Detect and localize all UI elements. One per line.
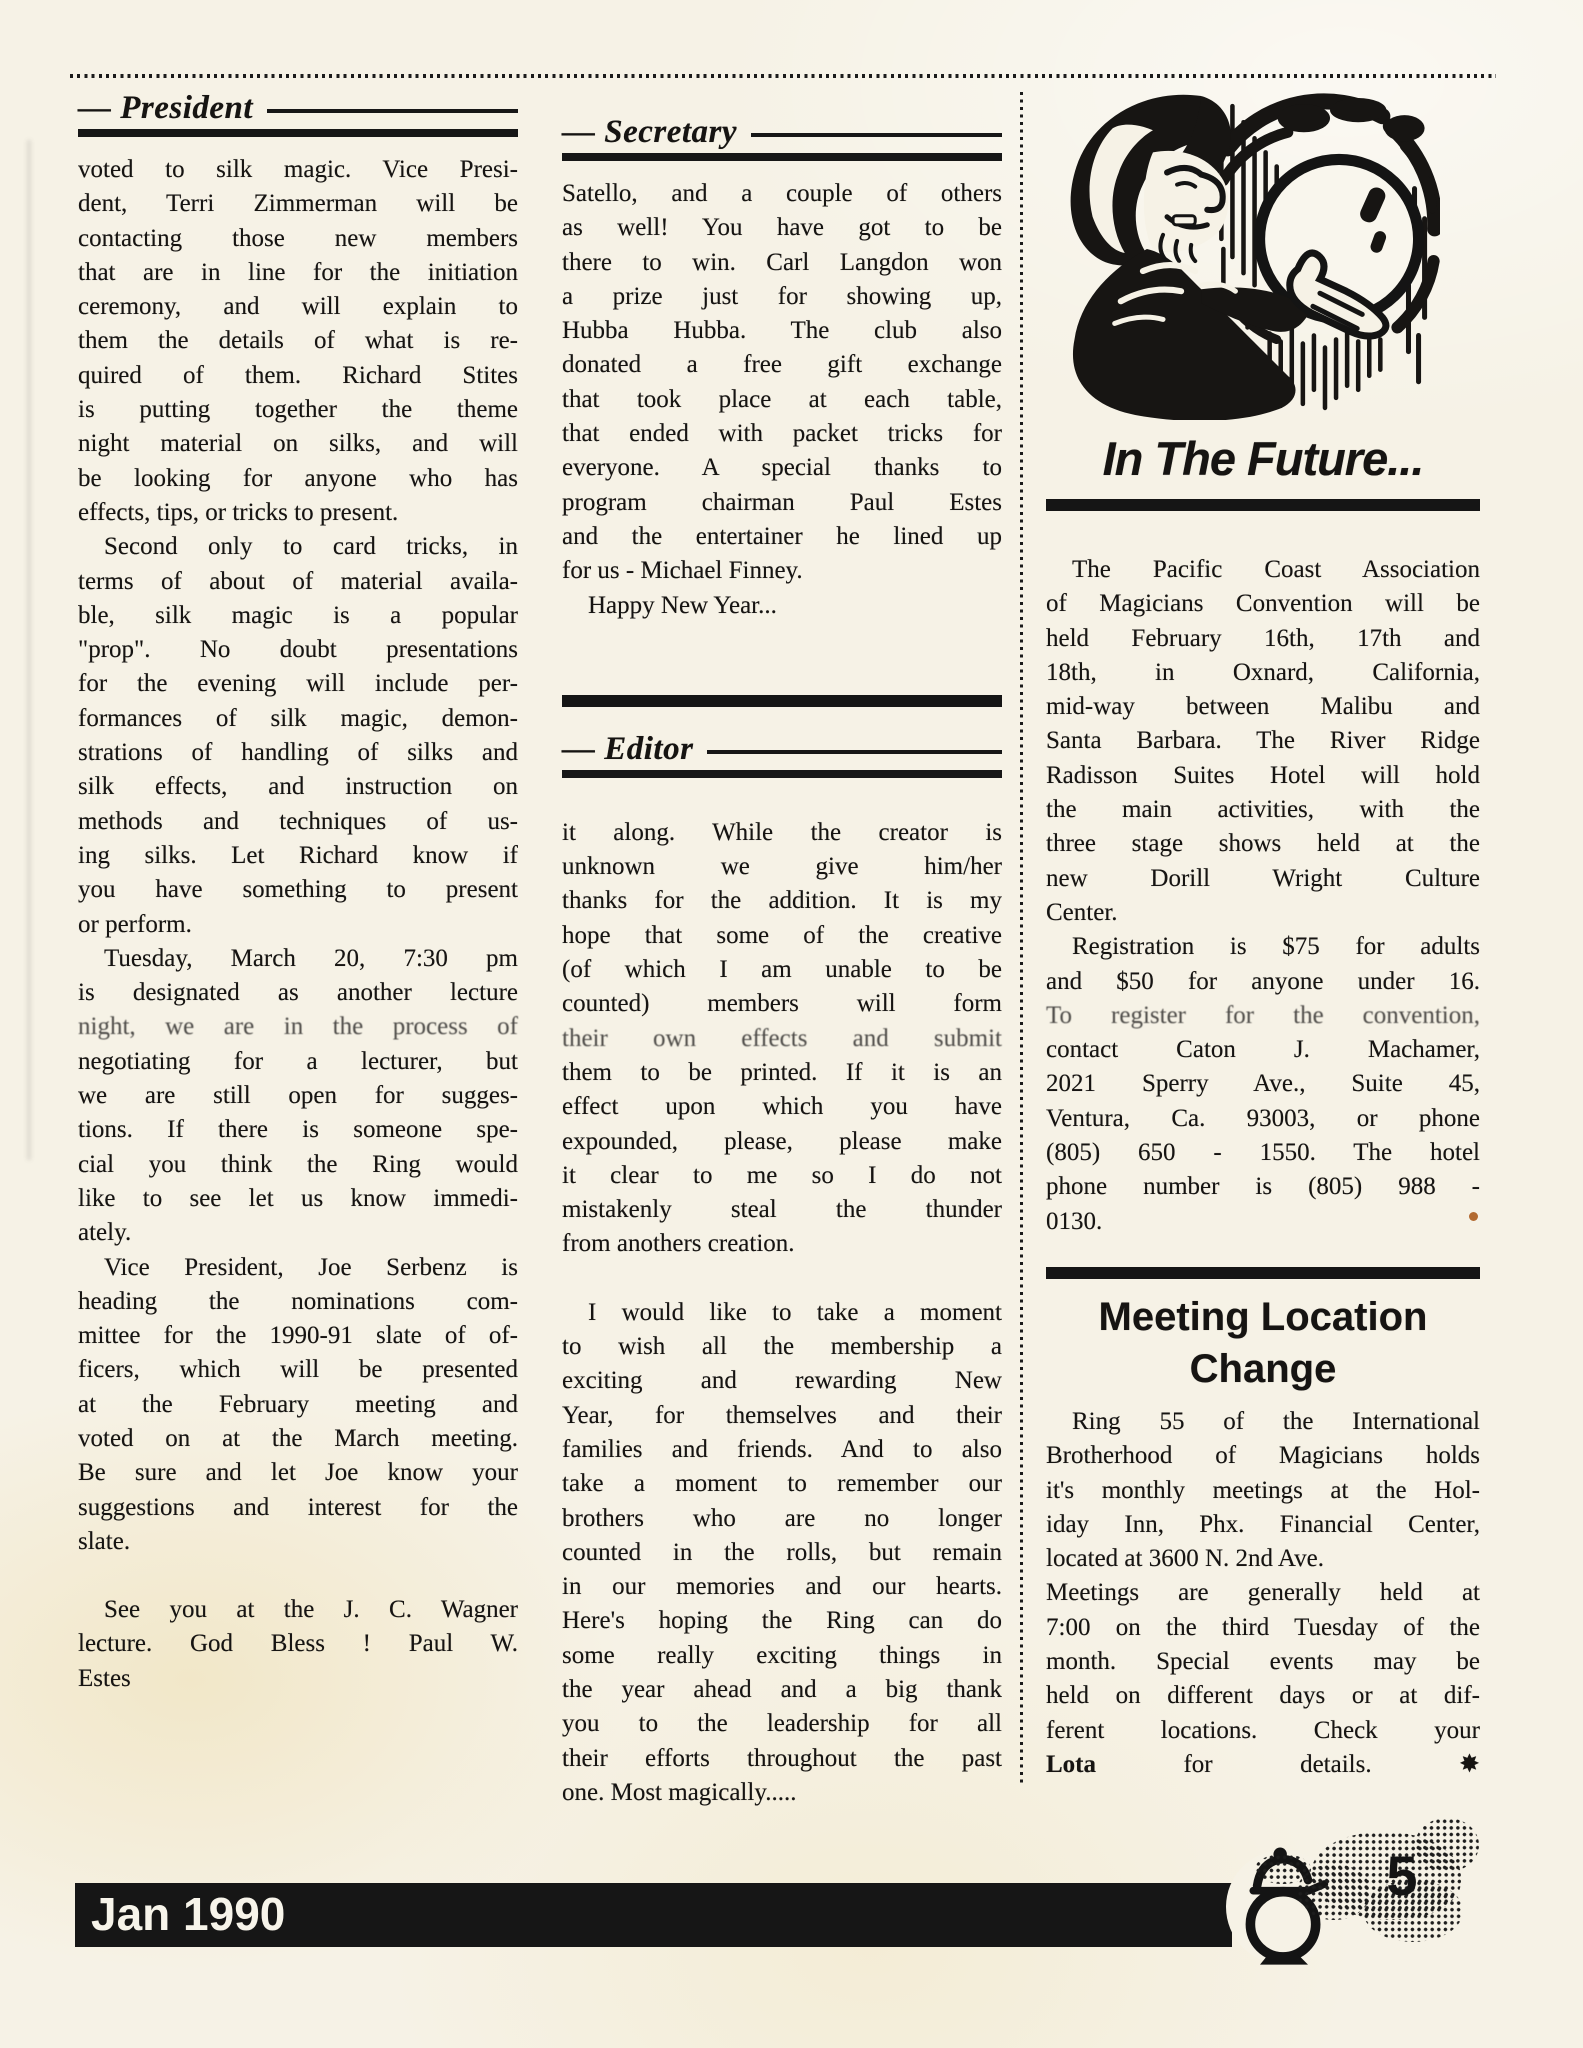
text-line: Ring 55 of the International — [1046, 1405, 1480, 1439]
text-line: of Magicians Convention will be — [1046, 587, 1480, 621]
text-line: mistakenly steal the thunder — [562, 1193, 1002, 1227]
text-line: (805) 650 - 1550. The hotel — [1046, 1136, 1480, 1170]
text-line: suggestions and interest for the — [78, 1491, 518, 1525]
text-line: contact Caton J. Machamer, — [1046, 1033, 1480, 1067]
text-line: Here's hoping the Ring can do — [562, 1604, 1002, 1638]
meeting-location-title: Meeting Location Change — [1046, 1291, 1480, 1395]
heading-underline — [562, 153, 1002, 161]
text-line: thanks for the addition. It is my — [562, 884, 1002, 918]
text-line: take a moment to remember our — [562, 1467, 1002, 1501]
text-line: heading the nominations com- — [78, 1285, 518, 1319]
text-line: that are in line for the initiation — [78, 256, 518, 290]
text-line: To register for the convention, — [1046, 999, 1480, 1033]
in-the-future-title: In The Future... — [1046, 431, 1480, 487]
editor-body: it along. While the creator isunknown we… — [562, 816, 1002, 1810]
text-line: See you at the J. C. Wagner — [78, 1593, 518, 1627]
text-line: Santa Barbara. The River Ridge — [1046, 724, 1480, 758]
text-line: negotiating for a lecturer, but — [78, 1045, 518, 1079]
text-line: effect upon which you have — [562, 1090, 1002, 1124]
text-line: and $50 for anyone under 16. — [1046, 965, 1480, 999]
fortune-teller-illustration — [1048, 88, 1480, 425]
column-dotted-divider — [1020, 92, 1023, 1785]
right-column: In The Future... The Pacific Coast Assoc… — [1046, 88, 1480, 1782]
text-line: phone number is (805) 988 - — [1046, 1170, 1480, 1204]
text-line: 2021 Sperry Ave., Suite 45, — [1046, 1067, 1480, 1101]
text-line: strations of handling of silks and — [78, 736, 518, 770]
future-body: The Pacific Coast Associationof Magician… — [1046, 553, 1480, 1239]
text-line: ing silks. Let Richard know if — [78, 839, 518, 873]
text-line: Tuesday, March 20, 7:30 pm — [78, 942, 518, 976]
text-line: terms of about of material availa- — [78, 565, 518, 599]
editor-heading-label: — Editor — [562, 731, 693, 767]
text-line: at the February meeting and — [78, 1388, 518, 1422]
text-line: a prize just for showing up, — [562, 280, 1002, 314]
editor-heading: — Editor — [562, 731, 1002, 767]
text-line: one. Most magically..... — [562, 1776, 1002, 1810]
issue-date-label: Jan 1990 — [75, 1883, 1232, 1945]
text-line: night, we are in the process of — [78, 1010, 518, 1044]
text-line: voted to silk magic. Vice Presi- — [78, 153, 518, 187]
text-line: be looking for anyone who has — [78, 462, 518, 496]
text-line: dent, Terri Zimmerman will be — [78, 187, 518, 221]
text-line: in our memories and our hearts. — [562, 1570, 1002, 1604]
text-line: their efforts throughout the past — [562, 1742, 1002, 1776]
text-line: to wish all the membership a — [562, 1330, 1002, 1364]
heading-tail-rule — [751, 133, 1002, 137]
text-line: mittee for the 1990-91 slate of of- — [78, 1319, 518, 1353]
text-line: 7:00 on the third Tuesday of the — [1046, 1611, 1480, 1645]
text-line: Year, for themselves and their — [562, 1399, 1002, 1433]
text-line: their own effects and submit — [562, 1022, 1002, 1056]
text-line: it clear to me so I do not — [562, 1159, 1002, 1193]
text-line: Vice President, Joe Serbenz is — [78, 1251, 518, 1285]
text-line: Second only to card tricks, in — [78, 530, 518, 564]
text-line: it's monthly meetings at the Hol- — [1046, 1474, 1480, 1508]
text-line: held February 16th, 17th and — [1046, 622, 1480, 656]
text-line: month. Special events may be — [1046, 1645, 1480, 1679]
text-line: as well! You have got to be — [562, 211, 1002, 245]
text-line: Hubba Hubba. The club also — [562, 314, 1002, 348]
text-line: the year ahead and a big thank — [562, 1673, 1002, 1707]
text-line: Estes — [78, 1662, 518, 1696]
text-line: or perform. — [78, 908, 518, 942]
text-line: Be sure and let Joe know your — [78, 1456, 518, 1490]
text-line: that ended with packet tricks for — [562, 417, 1002, 451]
text-line: (of which I am unable to be — [562, 953, 1002, 987]
text-line: from anothers creation. — [562, 1227, 1002, 1261]
text-line: ferent locations. Check your — [1046, 1714, 1480, 1748]
text-line: iday Inn, Phx. Financial Center, — [1046, 1508, 1480, 1542]
heading-tail-rule — [707, 750, 1002, 754]
text-line: like to see let us know immedi- — [78, 1182, 518, 1216]
section-rule — [1046, 499, 1480, 511]
text-line: night material on silks, and will — [78, 427, 518, 461]
text-line: Happy New Year... — [562, 589, 1002, 623]
text-line: Lota for details. ✸ — [1046, 1748, 1480, 1782]
text-line: exciting and rewarding New — [562, 1364, 1002, 1398]
meeting-body: Ring 55 of the InternationalBrotherhood … — [1046, 1405, 1480, 1782]
text-line: and the entertainer he lined up — [562, 520, 1002, 554]
text-line: the main activities, with the — [1046, 793, 1480, 827]
text-line: Brotherhood of Magicians holds — [1046, 1439, 1480, 1473]
text-line: there to win. Carl Langdon won — [562, 246, 1002, 280]
secretary-heading-label: — Secretary — [562, 114, 737, 150]
text-line: I would like to take a moment — [562, 1296, 1002, 1330]
text-line: for us - Michael Finney. — [562, 554, 1002, 588]
section-separator-bar — [562, 695, 1002, 707]
text-line: them to be printed. If it is an — [562, 1056, 1002, 1090]
text-line: is designated as another lecture — [78, 976, 518, 1010]
crystal-ball-magician-icon — [1048, 88, 1440, 420]
text-line: you have something to present — [78, 873, 518, 907]
text-line: some really exciting things in — [562, 1639, 1002, 1673]
text-line: 18th, in Oxnard, California, — [1046, 656, 1480, 690]
heading-tail-rule — [267, 109, 518, 113]
text-line: Center. — [1046, 896, 1480, 930]
text-line: you to the leadership for all — [562, 1707, 1002, 1741]
text-line: that took place at each table, — [562, 383, 1002, 417]
text-line: ceremony, and will explain to — [78, 290, 518, 324]
text-line: ficers, which will be presented — [78, 1353, 518, 1387]
top-dotted-rule — [70, 74, 1496, 78]
text-line: everyone. A special thanks to — [562, 451, 1002, 485]
text-line: hope that some of the creative — [562, 919, 1002, 953]
text-line: families and friends. And to also — [562, 1433, 1002, 1467]
president-column: — President voted to silk magic. Vice Pr… — [78, 90, 518, 1696]
text-line: held on different days or at dif- — [1046, 1679, 1480, 1713]
text-line: cial you think the Ring would — [78, 1148, 518, 1182]
text-line: methods and techniques of us- — [78, 805, 518, 839]
text-line: voted on at the March meeting. — [78, 1422, 518, 1456]
text-line: counted) members will form — [562, 987, 1002, 1021]
text-line: quired of them. Richard Stites — [78, 359, 518, 393]
page-number: 5 — [1372, 1843, 1432, 1908]
text-line: silk effects, and instruction on — [78, 770, 518, 804]
text-line: new Dorill Wright Culture — [1046, 862, 1480, 896]
text-line: 0130. — [1046, 1205, 1480, 1239]
text-line: mid-way between Malibu and — [1046, 690, 1480, 724]
text-line: Ventura, Ca. 93003, or phone — [1046, 1102, 1480, 1136]
text-line: formances of silk magic, demon- — [78, 702, 518, 736]
text-line: contacting those new members — [78, 222, 518, 256]
text-line: tions. If there is someone spe- — [78, 1113, 518, 1147]
text-line: effects, tips, or tricks to present. — [78, 496, 518, 530]
middle-column: — Secretary Satello, and a couple of oth… — [562, 90, 1002, 1810]
secretary-heading: — Secretary — [562, 114, 1002, 150]
text-line: Registration is $75 for adults — [1046, 930, 1480, 964]
text-line: three stage shows held at the — [1046, 827, 1480, 861]
president-heading: — President — [78, 90, 518, 126]
text-line: it along. While the creator is — [562, 816, 1002, 850]
text-line: Meetings are generally held at — [1046, 1576, 1480, 1610]
text-line: lecture. God Bless ! Paul W. — [78, 1627, 518, 1661]
scan-artifact-streak — [27, 140, 31, 1160]
issue-banner: Jan 1990 — [75, 1883, 1232, 1947]
heading-underline — [78, 129, 518, 137]
text-line: donated a free gift exchange — [562, 348, 1002, 382]
ink-spot-artifact — [1469, 1212, 1478, 1221]
text-line: program chairman Paul Estes — [562, 486, 1002, 520]
secretary-body: Satello, and a couple of othersas well! … — [562, 177, 1002, 623]
heading-underline — [562, 770, 1002, 778]
text-line: ately. — [78, 1216, 518, 1250]
president-heading-label: — President — [78, 90, 253, 126]
newsletter-page: { "page": { "ink": "#161412", "paper": "… — [0, 0, 1583, 2048]
text-line: counted in the rolls, but remain — [562, 1536, 1002, 1570]
text-line: for the evening will include per- — [78, 667, 518, 701]
text-line: The Pacific Coast Association — [1046, 553, 1480, 587]
text-line: we are still open for sugges- — [78, 1079, 518, 1113]
text-line: is putting together the theme — [78, 393, 518, 427]
text-line: them the details of what is re- — [78, 324, 518, 358]
text-line: expounded, please, please make — [562, 1125, 1002, 1159]
text-line: Satello, and a couple of others — [562, 177, 1002, 211]
text-line: "prop". No doubt presentations — [78, 633, 518, 667]
text-line: located at 3600 N. 2nd Ave. — [1046, 1542, 1480, 1576]
text-line: Radisson Suites Hotel will hold — [1046, 759, 1480, 793]
text-line: brothers who are no longer — [562, 1502, 1002, 1536]
president-body: voted to silk magic. Vice Presi-dent, Te… — [78, 153, 518, 1696]
section-rule — [1046, 1267, 1480, 1279]
text-line: slate. — [78, 1525, 518, 1559]
text-line: ble, silk magic is a popular — [78, 599, 518, 633]
text-line: unknown we give him/her — [562, 850, 1002, 884]
